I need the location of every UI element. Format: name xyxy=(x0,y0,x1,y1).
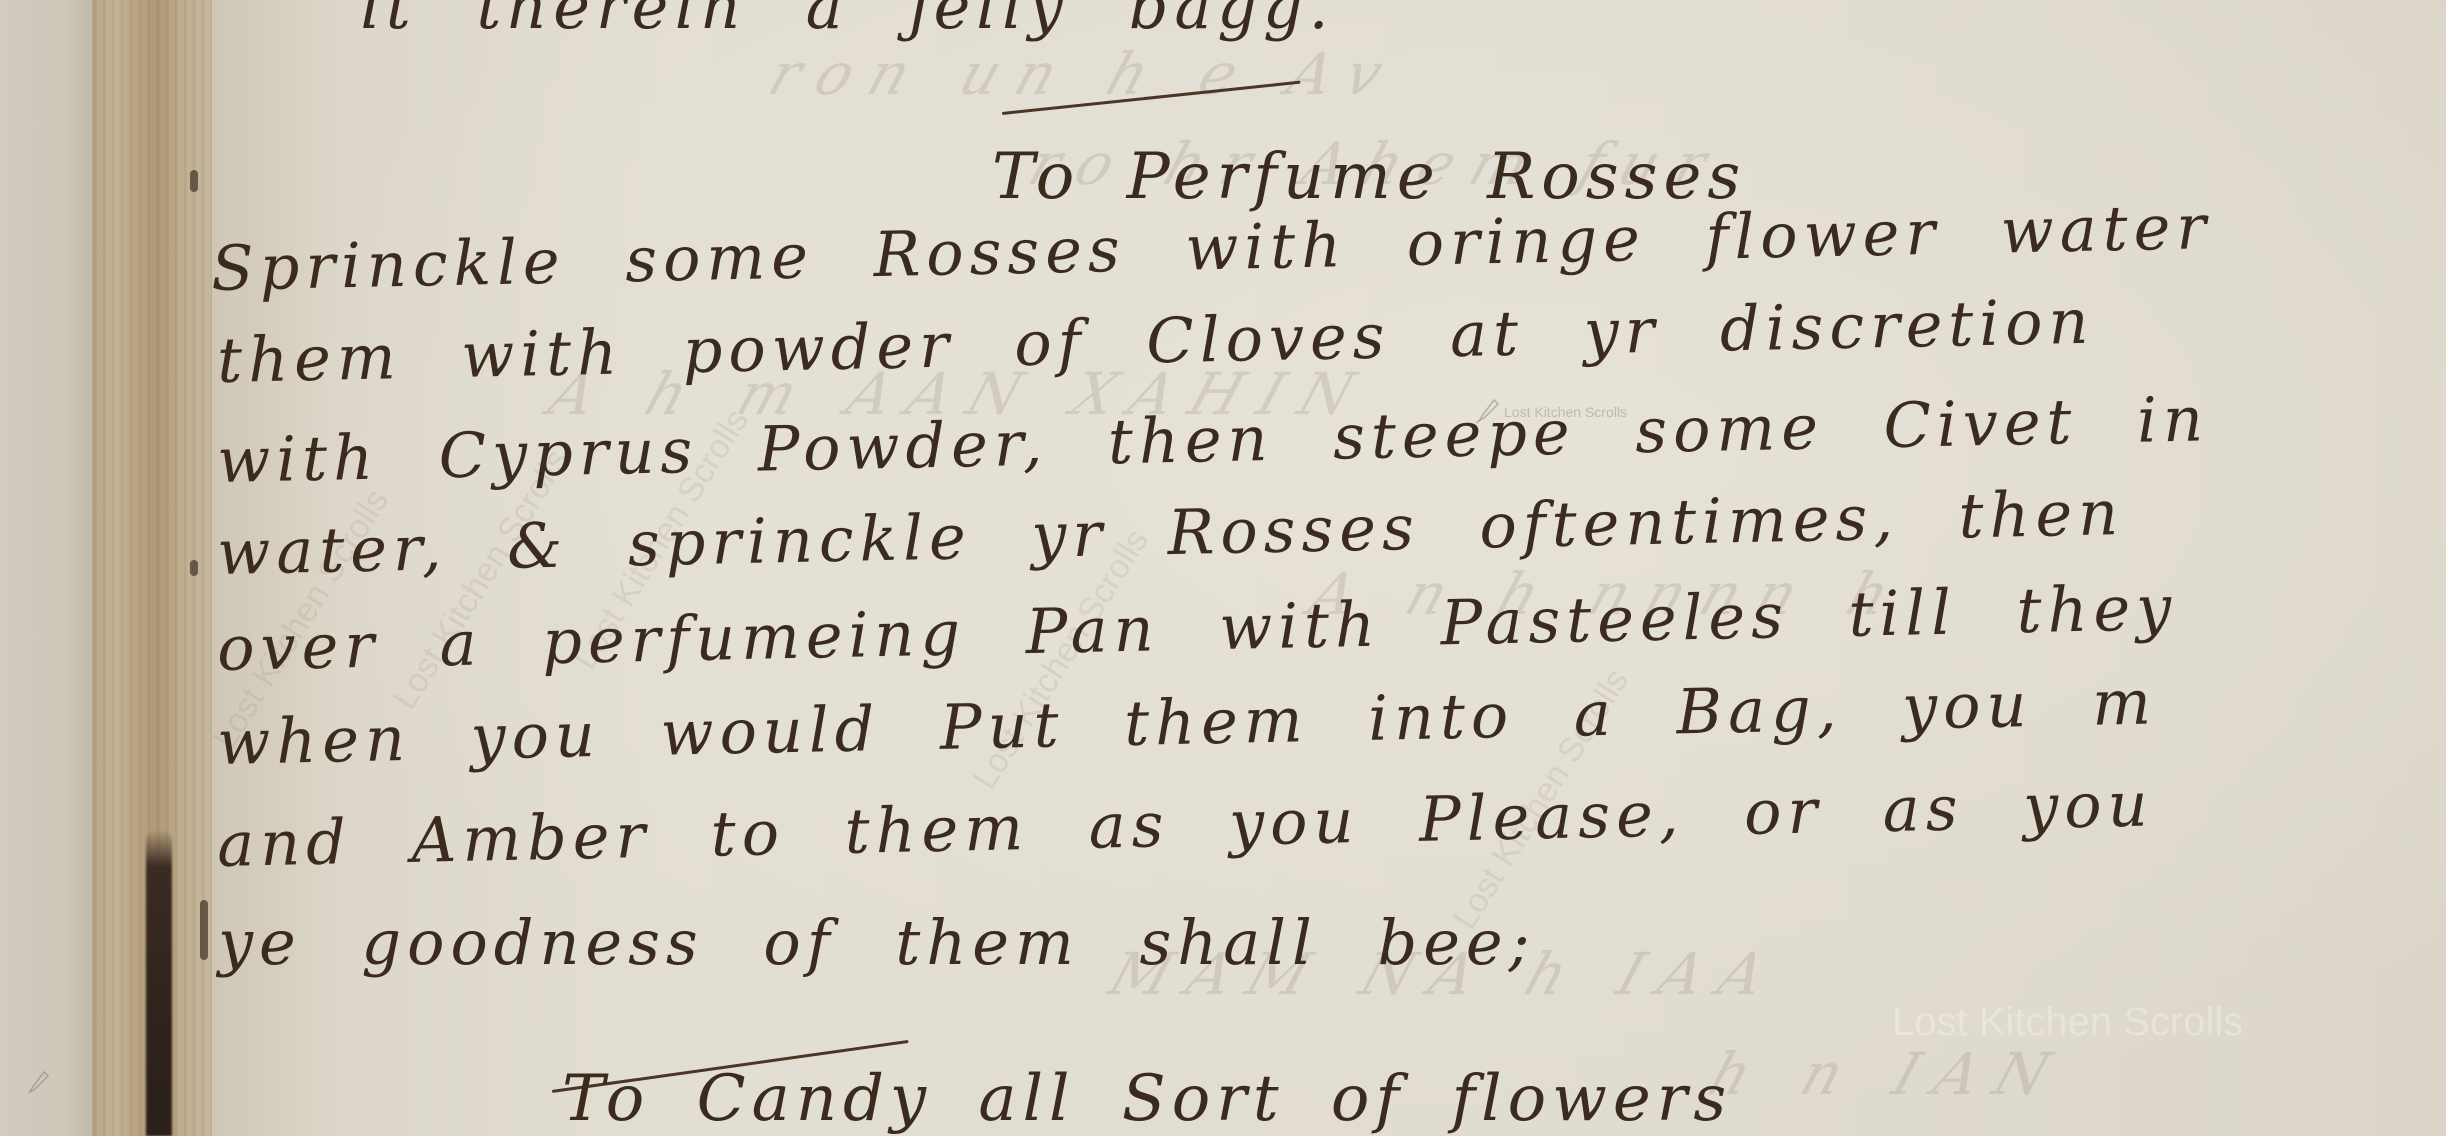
ink-stain xyxy=(146,830,172,1136)
reverse-text-bleed: ron un h e Av xyxy=(761,40,1410,108)
previous-recipe-fragment: it therein a jelly bagg. xyxy=(360,0,1335,43)
manuscript-scan: ron un h e Av ro hr Ahem fur A h m AAN X… xyxy=(0,0,2446,1136)
watermark-large: Lost Kitchen Scrolls xyxy=(1892,1000,2243,1045)
facing-page-edge xyxy=(0,0,92,1136)
recipe-line: and Amber to them as you Please, or as y… xyxy=(216,767,2154,881)
manuscript-page: ron un h e Av ro hr Ahem fur A h m AAN X… xyxy=(212,0,2446,1136)
recipe-line: ye goodness of them shall bee; xyxy=(218,906,1535,979)
spine-mark xyxy=(190,170,198,192)
spine-mark xyxy=(200,900,208,960)
spine-mark xyxy=(190,560,198,576)
recipe-line: them with powder of Cloves at yr discret… xyxy=(216,285,2095,397)
recipe-line: over a perfumeing Pan with Pasteeles til… xyxy=(216,571,2177,685)
recipe-line: water, & sprinckle yr Rosses oftentimes,… xyxy=(216,476,2124,589)
recipe-heading: To Candy all Sort of flowers xyxy=(562,1062,1732,1136)
reverse-text-bleed: h n IAN xyxy=(1701,1040,2076,1108)
heading-flourish xyxy=(1002,81,1301,115)
recipe-line: when you would Put them into a Bag, you … xyxy=(216,665,2157,779)
